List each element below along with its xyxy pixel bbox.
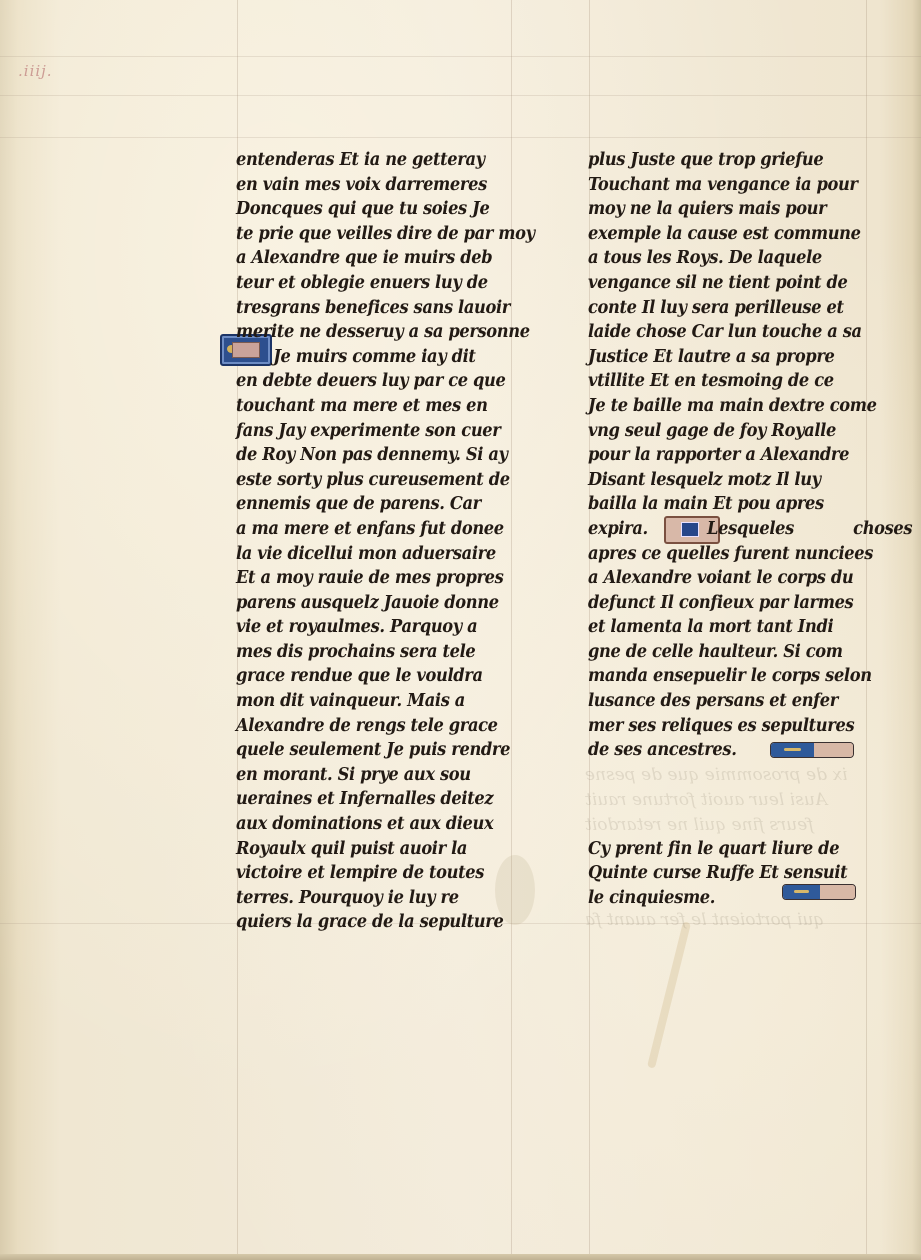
folio-number: .iiij. (18, 62, 53, 80)
text-line: pour la rapporter a Alexandre (588, 443, 867, 468)
text-line: victoire et lempire de toutes (236, 861, 506, 886)
text-line: Royaulx quil puist auoir la (236, 837, 506, 862)
text-line: Et a moy rauie de mes propres (236, 566, 506, 591)
filler-pink-segment (820, 885, 855, 899)
text-line: Disant lesquelz motz Il luy (588, 468, 867, 493)
text-line: en vain mes voix darremeres (236, 173, 506, 198)
text-line: Je te baille ma main dextre come (588, 394, 867, 419)
text-line: manda ensepuelir le corps selon (588, 664, 867, 689)
text-line: parens ausquelz Jauoie donne (236, 591, 506, 616)
text-line: merite ne desseruy a sa personne (236, 320, 506, 345)
text-line: vie et royaulmes. Parquoy a (236, 615, 506, 640)
text-line: a Alexandre que ie muirs deb (236, 246, 506, 271)
text-line: fans Jay experimente son cuer (236, 419, 506, 444)
text-line: a ma mere et enfans fut donee (236, 517, 506, 542)
text-line: Touchant ma vengance ia pour (588, 173, 867, 198)
text-line: apres ce quelles furent nunciees (588, 542, 867, 567)
colophon-line: Cy prent fin le quart liure de (588, 837, 867, 862)
text-line: quele seulement Je puis rendre (236, 738, 506, 763)
text-line: et lamenta la mort tant Indi (588, 615, 867, 640)
text-line: vtillite Et en tesmoing de ce (588, 369, 867, 394)
text-line: grace rendue que le vouldra (236, 664, 506, 689)
text-line: touchant ma mere et mes en (236, 394, 506, 419)
parchment-stain (647, 921, 691, 1068)
text-line: exemple la cause est commune (588, 222, 867, 247)
text-line: mes dis prochains sera tele (236, 640, 506, 665)
text-line: lusance des persans et enfer (588, 689, 867, 714)
text-line: plus Juste que trop griefue (588, 148, 867, 173)
ruling-line-horizontal (0, 137, 921, 138)
filler-blue-segment (783, 885, 820, 899)
text-line: expira. Lesqueles choses (588, 517, 867, 542)
text-line: gne de celle haulteur. Si com (588, 640, 867, 665)
text-line: la vie dicellui mon aduersaire (236, 542, 506, 567)
text-line: conte Il luy sera perilleuse et (588, 296, 867, 321)
text-line: de Roy Non pas dennemy. Si ay (236, 443, 506, 468)
text-line: aux dominations et aux dieux (236, 812, 506, 837)
text-line: Justice Et lautre a sa propre (588, 345, 867, 370)
text-line: en debte deuers luy par ce que (236, 369, 506, 394)
text-line: a tous les Roys. De laquele (588, 246, 867, 271)
line-filler-ornament (770, 742, 854, 758)
text-line: Alexandre de rengs tele grace (236, 714, 506, 739)
text-line: teur et oblegie enuers luy de (236, 271, 506, 296)
ruling-line-horizontal (0, 95, 921, 96)
text-line: te prie que veilles dire de par moy (236, 222, 506, 247)
text-line: Doncques qui que tu soies Je (236, 197, 506, 222)
line-filler-ornament (782, 884, 856, 900)
text-line: tresgrans benefices sans lauoir (236, 296, 506, 321)
text-line: quiers la grace de la sepulture (236, 910, 506, 935)
show-through-text: qui portoient le fer auant fa (585, 910, 824, 930)
text-line: bailla la main Et pou apres (588, 492, 867, 517)
text-line: moy ne la quiers mais pour (588, 197, 867, 222)
text-line: ueraines et Infernalles deitez (236, 787, 506, 812)
text-column-right: plus Juste que trop griefue Touchant ma … (588, 148, 888, 910)
text-line: este sorty plus cureusement de (236, 468, 506, 493)
text-column-left: entenderas Et ia ne getteray en vain mes… (236, 148, 526, 935)
text-line: entenderas Et ia ne getteray (236, 148, 506, 173)
manuscript-page: ix de prosommie que de pesne Ausi leur a… (0, 0, 921, 1260)
filler-pink-segment (814, 743, 853, 757)
text-line: mer ses reliques es sepultures (588, 714, 867, 739)
text-line: Je muirs comme iay dit (236, 345, 506, 370)
text-line: a Alexandre voiant le corps du (588, 566, 867, 591)
text-line: laide chose Car lun touche a sa (588, 320, 867, 345)
text-line: ennemis que de parens. Car (236, 492, 506, 517)
blank-line (588, 812, 888, 837)
text-line: defunct Il confieux par larmes (588, 591, 867, 616)
colophon-line: Quinte curse Ruffe Et sensuit (588, 861, 867, 886)
text-line: terres. Pourquoy ie luy re (236, 886, 506, 911)
blank-line (588, 763, 888, 788)
text-line: vengance sil ne tient point de (588, 271, 867, 296)
text-line: mon dit vainqueur. Mais a (236, 689, 506, 714)
blank-line (588, 787, 888, 812)
text-line: en morant. Si prye aux sou (236, 763, 506, 788)
filler-blue-segment (771, 743, 814, 757)
text-line: vng seul gage de foy Royalle (588, 419, 867, 444)
ruling-line-horizontal (0, 56, 921, 57)
